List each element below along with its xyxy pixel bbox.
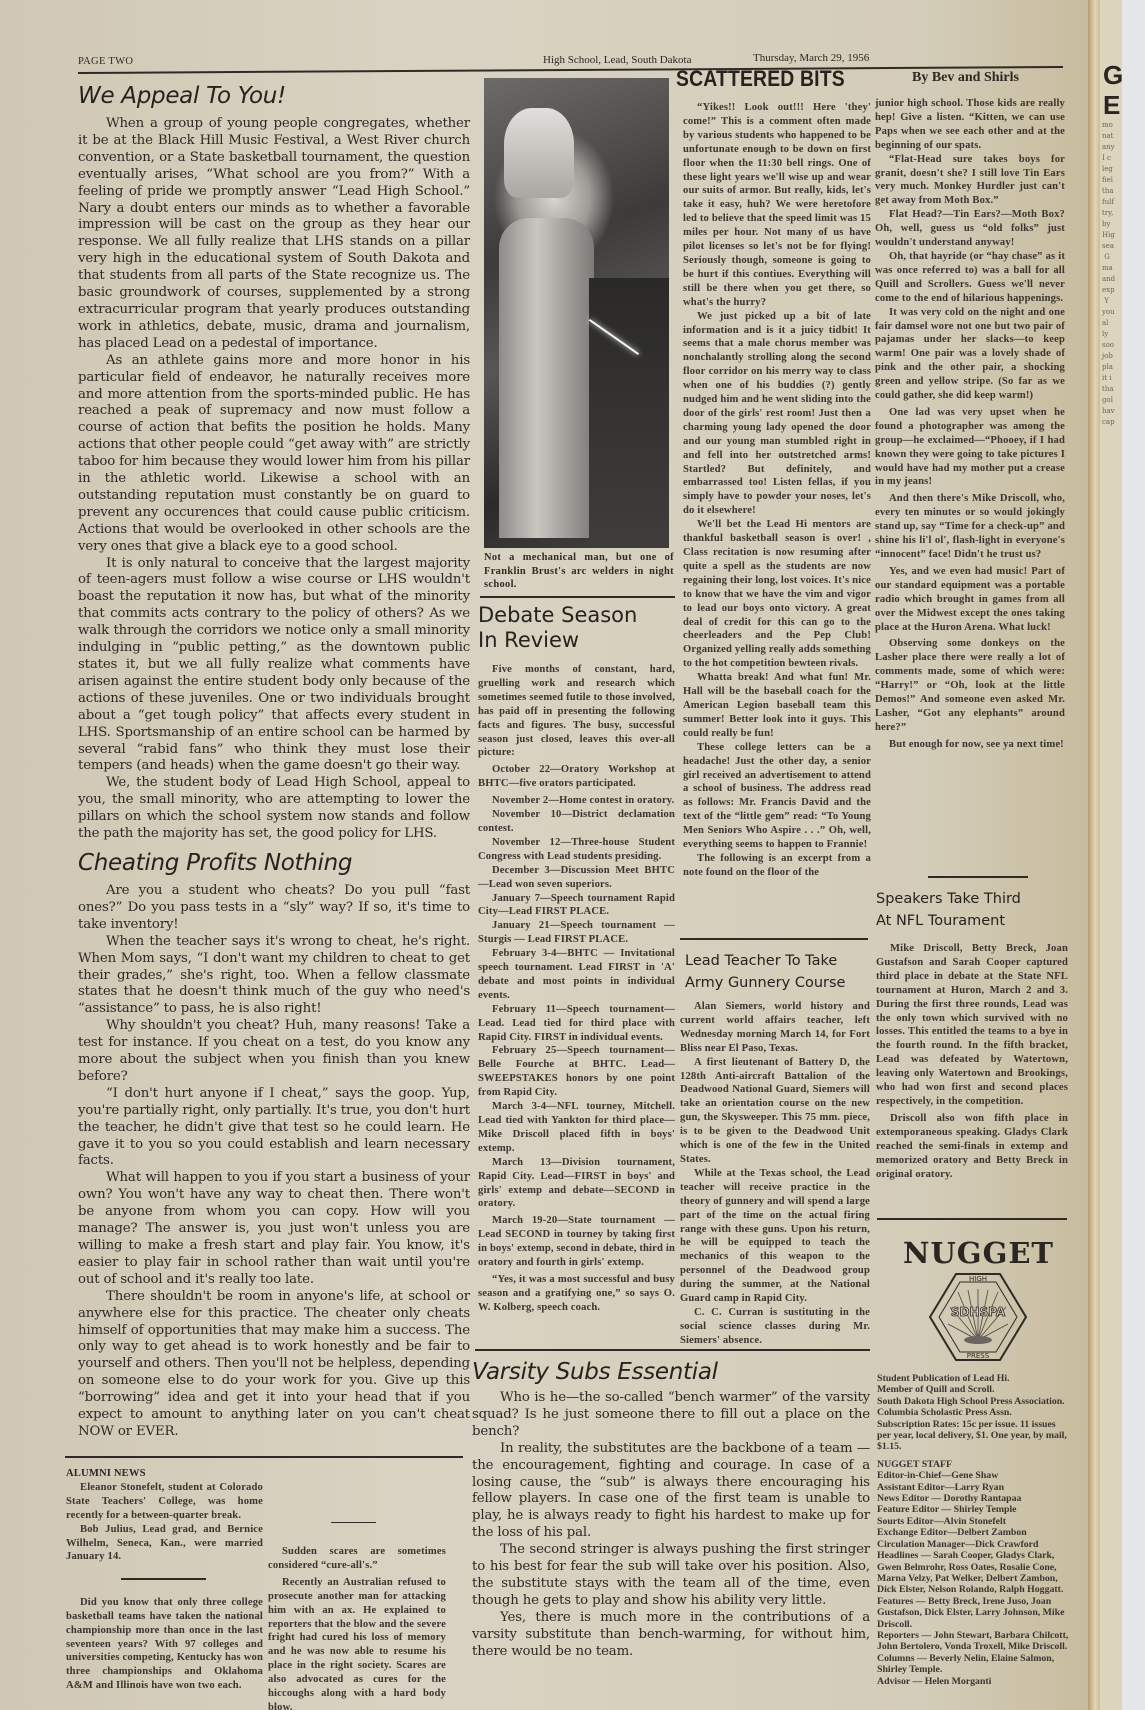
alumni-heading: ALUMNI NEWS: [66, 1467, 263, 1481]
debate-entry: October 22—Oratory Workshop at BHTC—five…: [478, 763, 675, 791]
info-line: Columbia Scholastic Press Assn.: [877, 1407, 1072, 1418]
trivia-scares: Sudden scares are sometimes considered “…: [268, 1470, 446, 1710]
gunnery-article: Lead Teacher To Take Army Gunnery Course…: [680, 950, 870, 1348]
varsity-rule: [475, 1349, 870, 1351]
editorial-paragraph: Why shouldn't you cheat? Huh, many reaso…: [78, 1018, 470, 1086]
debate-entry: February 11—Speech tournament—Lead. Lead…: [478, 1003, 675, 1045]
varsity-article: Varsity Subs Essential Who is he—the so-…: [472, 1358, 870, 1661]
info-line: Subscription Rates: 15c per issue. 11 is…: [877, 1419, 1072, 1453]
scares-lead: Sudden scares are sometimes considered “…: [268, 1545, 446, 1573]
staff-heading: NUGGET STAFF: [877, 1459, 1072, 1470]
staff-line: Assistant Editor—Larry Ryan: [877, 1482, 1072, 1493]
welding-helmet: [504, 108, 574, 198]
debate-entry: January 21—Speech tournament — Sturgis —…: [478, 919, 675, 947]
editorial-title-appeal: We Appeal To You!: [78, 82, 470, 110]
info-line: Student Publication of Lead Hi.: [877, 1373, 1072, 1384]
editorial-paragraph: When the teacher says it's wrong to chea…: [78, 934, 470, 1019]
svg-text:HIGH: HIGH: [969, 1275, 987, 1283]
gunnery-paragraph: Alan Siemers, world history and current …: [680, 1000, 870, 1056]
background-edge: [1122, 0, 1145, 1710]
nfl-paragraph: Mike Driscoll, Betty Breck, Joan Gustafs…: [876, 942, 1068, 1109]
column-item: And then there's Mike Driscoll, who, eve…: [875, 492, 1065, 562]
short-divider: [331, 1522, 376, 1523]
column-item: The following is an excerpt from a note …: [683, 852, 871, 880]
staff-line: Circulation Manager—Dick Crawford: [877, 1539, 1072, 1550]
column-item: But enough for now, see ya next time!: [875, 738, 1065, 752]
masthead-rule: [877, 1218, 1067, 1220]
caption-rule: [480, 596, 675, 598]
debate-entry: November 2—Home contest in oratory.: [478, 794, 675, 808]
debate-headline: Debate Season In Review: [478, 603, 675, 653]
debate-intro: Five months of constant, hard, gruelling…: [478, 663, 675, 760]
trivia-basketball: Did you know that only three college bas…: [66, 1596, 263, 1693]
varsity-paragraph: In reality, the substitutes are the back…: [472, 1441, 870, 1542]
editorial-paragraph: There shouldn't be room in anyone's life…: [78, 1289, 470, 1441]
staff-line: Features — Betty Breck, Irene Juso, Joan…: [877, 1596, 1072, 1630]
editorial-paragraph: We, the student body of Lead High School…: [78, 775, 470, 843]
publication-info: Student Publication of Lead Hi. Member o…: [877, 1373, 1072, 1687]
column-item: Observing some donkeys on the Lasher pla…: [875, 637, 1065, 734]
editorial-paragraph: “I don't hurt anyone if I cheat,” says t…: [78, 1086, 470, 1171]
column-title: SCATTERED BITS: [676, 66, 845, 92]
alumni-news: ALUMNI NEWS Eleanor Stonefelt, student a…: [66, 1467, 263, 1693]
sdhspa-emblem-icon: SDHSPA HIGH PRESS: [928, 1272, 1028, 1362]
gunnery-paragraph: A first lieutenant of Battery D, the 128…: [680, 1056, 870, 1167]
svg-text:SDHSPA: SDHSPA: [951, 1305, 1006, 1319]
debate-entry: March 19-20—State tournament —Lead SECON…: [478, 1214, 675, 1270]
info-line: Member of Quill and Scroll.: [877, 1384, 1072, 1395]
debate-quote: “Yes, it was a most successful and busy …: [478, 1273, 675, 1315]
alumni-rule: [65, 1456, 463, 1458]
column-item: Whatta break! And what fun! Mr. Hall wil…: [683, 671, 871, 741]
staff-line: Sourts Editor—Alvin Stonefelt: [877, 1516, 1072, 1527]
column-item: We just picked up a bit of late informat…: [683, 310, 871, 519]
gunnery-paragraph: C. C. Curran is sustituting in the socia…: [680, 1306, 870, 1348]
staff-line: Exchange Editor—Delbert Zambon: [877, 1527, 1072, 1538]
page-number: PAGE TWO: [78, 56, 133, 67]
column-item: Oh, that hayride (or “hay chase” as it w…: [875, 250, 1065, 306]
issue-date: Thursday, March 29, 1956: [753, 52, 869, 64]
varsity-paragraph: Yes, there is much more in the contribut…: [472, 1610, 870, 1661]
welder-figure: [499, 218, 594, 538]
column-item: We'll bet the Lead Hi mentors are thankf…: [683, 518, 871, 671]
editorial-column: We Appeal To You! When a group of young …: [78, 82, 470, 1441]
nfl-paragraph: Driscoll also won fifth place in extempo…: [876, 1112, 1068, 1182]
column-item: It was very cold on the night and one fa…: [875, 306, 1065, 403]
debate-entry: December 3—Discussion Meet BHTC—Lead won…: [478, 864, 675, 892]
gunnery-paragraph: While at the Texas school, the Lead teac…: [680, 1167, 870, 1306]
debate-article: Debate Season In Review Five months of c…: [478, 603, 675, 1315]
column-item: “Yikes!! Look out!!! Here 'they' come!” …: [683, 101, 871, 310]
column-item: junior high school. Those kids are reall…: [875, 97, 1065, 153]
staff-line: Advisor — Helen Morganti: [877, 1676, 1072, 1687]
newspaper-page: PAGE TWO High School, Lead, South Dakota…: [0, 0, 1090, 1710]
debate-entry: November 10—District declamation contest…: [478, 808, 675, 836]
editorial-paragraph: When a group of young people congregates…: [78, 116, 470, 353]
debate-entry: January 7—Speech tournament Rapid City—L…: [478, 892, 675, 920]
scattered-bits-col1: “Yikes!! Look out!!! Here 'they' come!” …: [683, 101, 871, 880]
next-page-text: mo nat any I c leg fiel tha fulf try, by…: [1100, 120, 1122, 428]
staff-line: Reporters — John Stewart, Barbara Chilco…: [877, 1630, 1072, 1653]
column-item: Yes, and we even had music! Part of our …: [875, 565, 1065, 635]
column-item: These college letters can be a headache!…: [683, 741, 871, 852]
column-byline: By Bev and Shirls: [912, 70, 1019, 86]
scares-body: Recently an Australian refused to prosec…: [268, 1576, 446, 1710]
varsity-paragraph: The second stringer is always pushing th…: [472, 1542, 870, 1610]
staff-line: Feature Editor — Shirley Temple: [877, 1504, 1072, 1515]
debate-entry: March 3-4—NFL tourney, Mitchell. Lead ti…: [478, 1100, 675, 1156]
debate-entry: November 12—Three-house Student Congress…: [478, 836, 675, 864]
scattered-bits-col2: junior high school. Those kids are reall…: [875, 97, 1065, 752]
varsity-paragraph: Who is he—the so-called “bench warmer” o…: [472, 1390, 870, 1441]
publication-location: High School, Lead, South Dakota: [543, 54, 691, 66]
editorial-paragraph: As an athlete gains more and more honor …: [78, 353, 470, 556]
debate-entry: February 3-4—BHTC — Invitational speech …: [478, 947, 675, 1003]
editorial-title-cheating: Cheating Profits Nothing: [78, 849, 470, 877]
short-divider: [121, 1578, 206, 1580]
column-item: Flat Head?—Tin Ears?—Moth Box? Oh, well,…: [875, 208, 1065, 250]
gunnery-rule: [680, 938, 868, 940]
nfl-headline: Speakers Take Third At NFL Tourament: [876, 888, 1068, 932]
staff-line: Editor-in-Chief—Gene Shaw: [877, 1470, 1072, 1481]
staff-line: Headlines — Sarah Cooper, Gladys Clark, …: [877, 1550, 1072, 1596]
photo-caption: Not a mechanical man, but one of Frankli…: [484, 551, 674, 592]
column-item: “Flat-Head sure takes boys for granit, d…: [875, 153, 1065, 209]
next-page-heading: G E: [1100, 60, 1122, 120]
nfl-rule: [928, 876, 1028, 878]
gunnery-headline: Lead Teacher To Take Army Gunnery Course: [680, 950, 870, 994]
nugget-masthead: NUGGET: [903, 1236, 1054, 1270]
staff-line: Columns — Beverly Nelin, Elaine Salmon, …: [877, 1653, 1072, 1676]
nfl-article: Speakers Take Third At NFL Tourament Mik…: [876, 888, 1068, 1181]
editorial-paragraph: Are you a student who cheats? Do you pul…: [78, 883, 470, 934]
varsity-headline: Varsity Subs Essential: [472, 1358, 870, 1386]
staff-line: News Editor — Dorothy Rantapaa: [877, 1493, 1072, 1504]
alumni-item: Bob Julius, Lead grad, and Bernice Wilhe…: [66, 1523, 263, 1565]
welder-photo: [484, 78, 669, 548]
welding-machine: [589, 278, 669, 548]
editorial-paragraph: What will happen to you if you start a b…: [78, 1170, 470, 1288]
debate-entry: February 25—Speech tournament—Belle Four…: [478, 1044, 675, 1100]
debate-entry: March 13—Division tournament, Rapid City…: [478, 1156, 675, 1212]
column-item: One lad was very upset when he found a p…: [875, 406, 1065, 489]
alumni-item: Eleanor Stonefelt, student at Colorado S…: [66, 1481, 263, 1523]
svg-text:PRESS: PRESS: [967, 1352, 990, 1360]
scattered-bits-masthead: SCATTERED BITS By Bev and Shirls: [676, 66, 1076, 92]
info-line: South Dakota High School Press Associati…: [877, 1396, 1072, 1407]
editorial-paragraph: It is only natural to conceive that the …: [78, 556, 470, 776]
next-page-edge: G E mo nat any I c leg fiel tha fulf try…: [1100, 0, 1122, 1710]
